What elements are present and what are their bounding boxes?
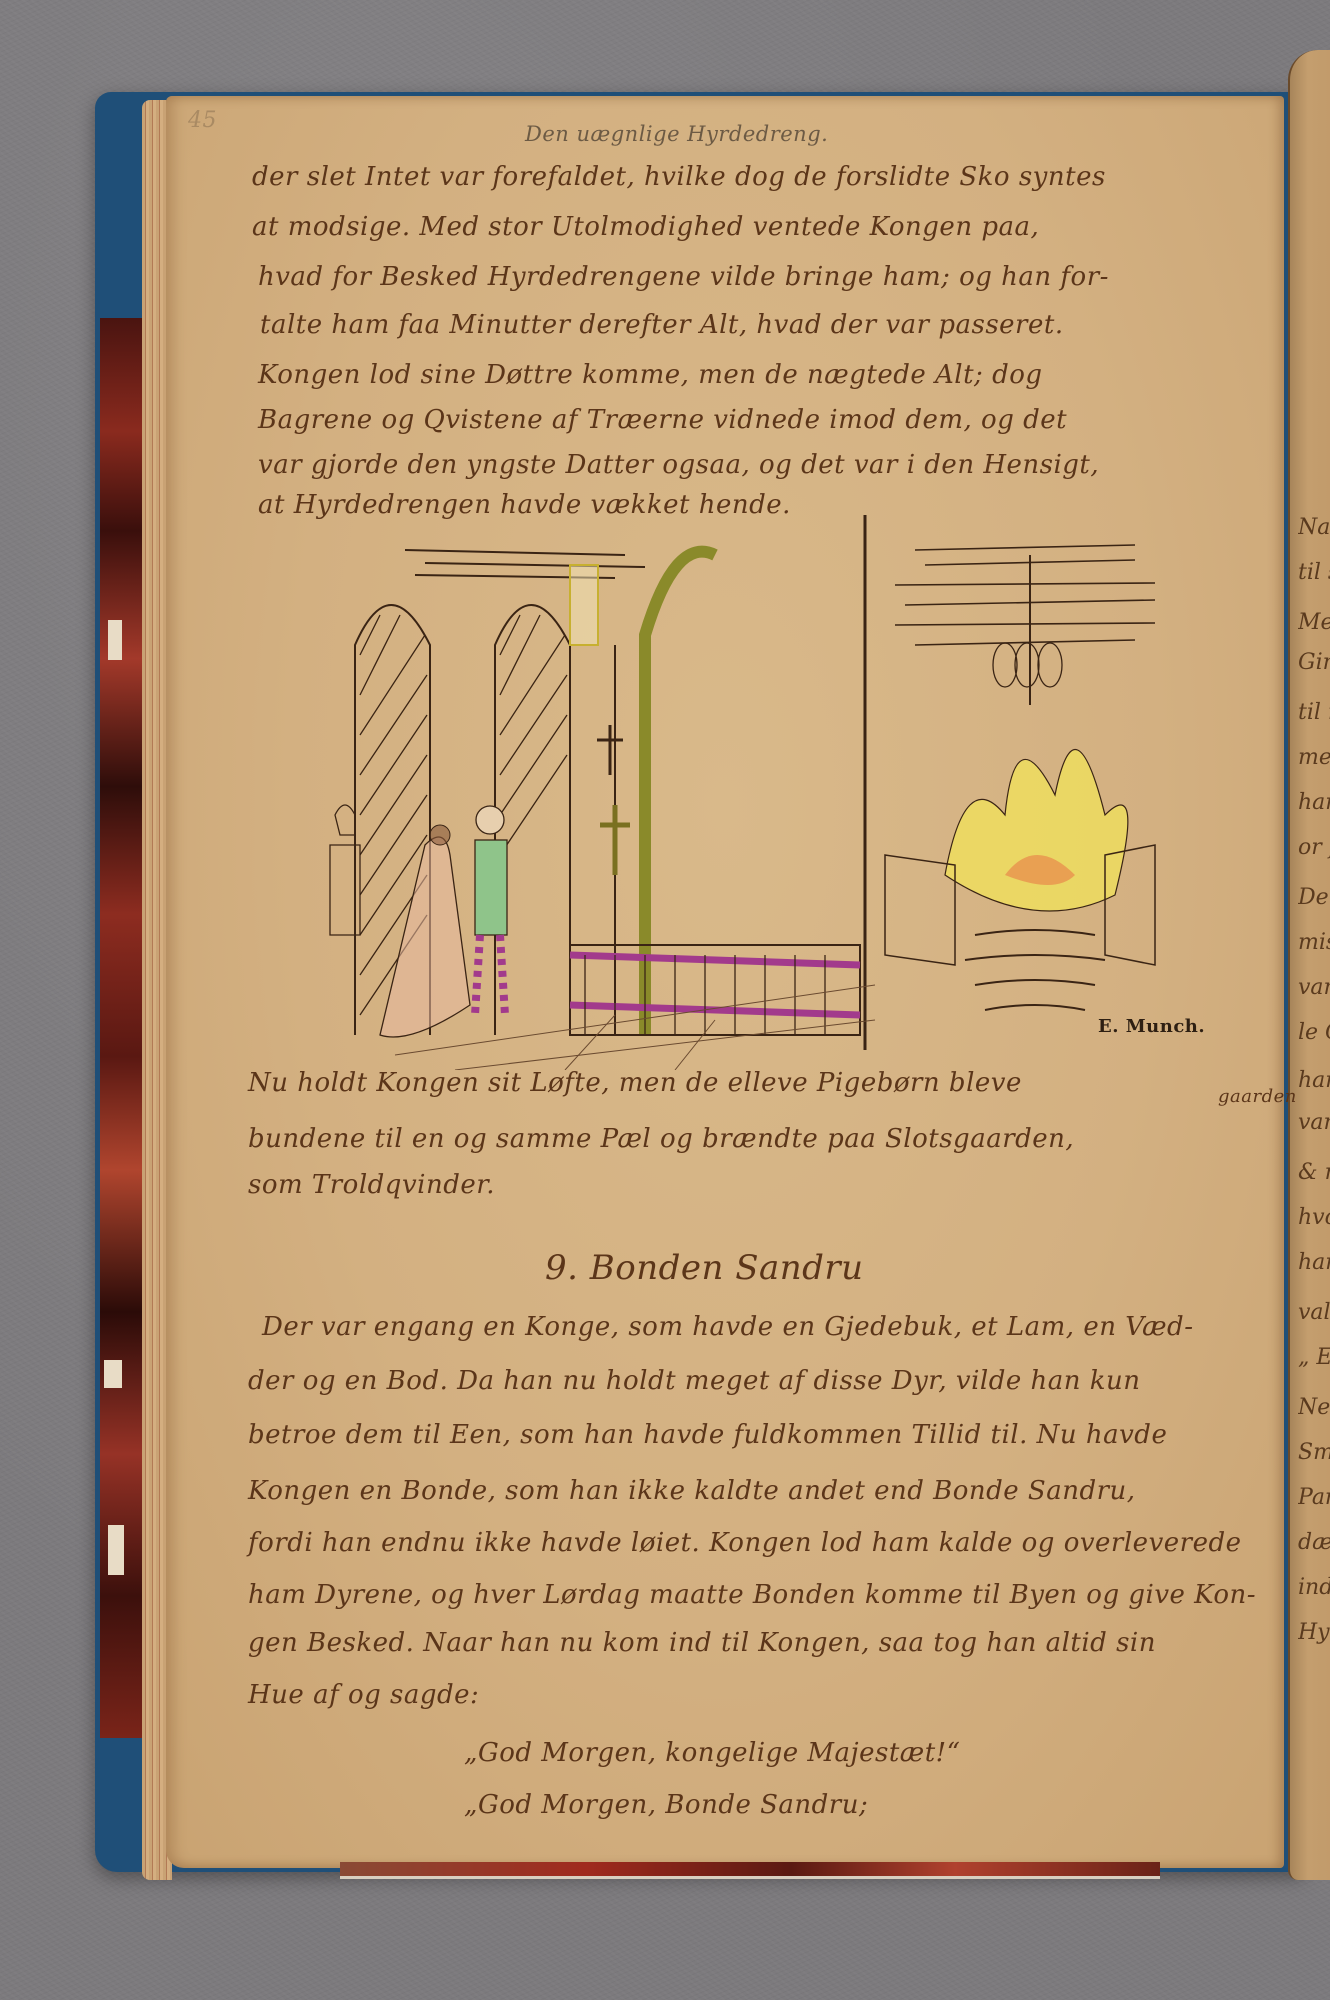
facing-text: han (1298, 1068, 1330, 1093)
spine-tear (108, 620, 122, 660)
text-line: ham Dyrene, og hver Lørdag maatte Bonden… (248, 1580, 1256, 1610)
facing-text: le G (1298, 1020, 1330, 1045)
facing-text: & no (1298, 1160, 1330, 1185)
facing-text: var (1298, 1110, 1330, 1135)
text-line: der slet Intet var forefaldet, hvilke do… (252, 162, 1106, 192)
text-line: Kongen en Bonde, som han ikke kaldte and… (248, 1476, 1136, 1506)
facing-text: Hyar (1298, 1620, 1330, 1645)
ceiling-hatching (405, 550, 645, 578)
facing-text: til sit (1298, 560, 1330, 585)
facing-text: me m (1298, 745, 1330, 770)
facing-text: vanu (1298, 975, 1330, 1000)
text-line: Der var engang en Konge, som havde en Gj… (262, 1312, 1193, 1342)
facing-page[interactable] (1288, 50, 1330, 1880)
facing-text: dæ (1298, 1530, 1330, 1555)
facing-text: han; (1298, 1250, 1330, 1275)
page-bottom-edge (340, 1862, 1160, 1879)
facing-text: han (1298, 790, 1330, 815)
text-line: hvad for Besked Hyrdedrengene vilde brin… (258, 262, 1109, 292)
facing-text: „ Er (1298, 1345, 1330, 1370)
dialogue-line: „God Morgen, Bonde Sandru; (464, 1790, 868, 1820)
text-line: Hue af og sagde: (248, 1680, 479, 1710)
facing-text: inde, (1298, 1575, 1330, 1600)
dialogue-line: „God Morgen, kongelige Majestæt!“ (464, 1738, 960, 1768)
text-line: som Troldqvinder. (248, 1170, 495, 1200)
text-line: Nu holdt Kongen sit Løfte, men de elleve… (248, 1068, 1022, 1098)
facing-text: Ne (1298, 1395, 1330, 1420)
facing-text: Me (1298, 610, 1330, 635)
artist-signature: E. Munch. (1098, 1016, 1205, 1037)
text-line: betroe dem til Een, som han havde fuldko… (248, 1420, 1167, 1450)
illustration (315, 515, 1215, 1070)
text-line: bundene til en og samme Pæl og brændte p… (248, 1124, 1074, 1154)
text-line: gen Besked. Naar han nu kom ind til Kong… (248, 1628, 1156, 1658)
facing-text: Gins (1298, 650, 1330, 675)
facing-text: til m (1298, 700, 1330, 725)
spine-tear (104, 1360, 122, 1388)
text-line: fordi han endnu ikke havde løiet. Kongen… (248, 1528, 1241, 1558)
facing-text: or fo (1298, 835, 1330, 860)
spine-tear (108, 1525, 124, 1575)
facing-text: mis t (1298, 930, 1330, 955)
facing-text: Smg (1298, 1440, 1330, 1465)
page-number: 45 (188, 108, 217, 133)
facing-text: vali (1298, 1300, 1330, 1325)
running-head: Den uægnlige Hyrdedreng. (525, 122, 828, 146)
chapter-heading: 9. Bonden Sandru (545, 1248, 864, 1288)
text-line: talte ham faa Minutter derefter Alt, hva… (260, 310, 1064, 340)
text-line: Kongen lod sine Døttre komme, men de næg… (258, 360, 1043, 390)
facing-text: Pan (1298, 1485, 1330, 1510)
text-line: at modsige. Med stor Utolmodighed vented… (252, 212, 1039, 242)
text-line: var gjorde den yngste Datter ogsaa, og d… (258, 450, 1099, 480)
insertion-text: gaarden (1218, 1086, 1297, 1107)
facing-text: hvorj (1298, 1205, 1330, 1230)
facing-text: De in (1298, 885, 1330, 910)
facing-text: Naa (1298, 515, 1330, 540)
text-line: der og en Bod. Da han nu holdt meget af … (248, 1366, 1141, 1396)
text-line: Bagrene og Qvistene af Træerne vidnede i… (258, 405, 1067, 435)
